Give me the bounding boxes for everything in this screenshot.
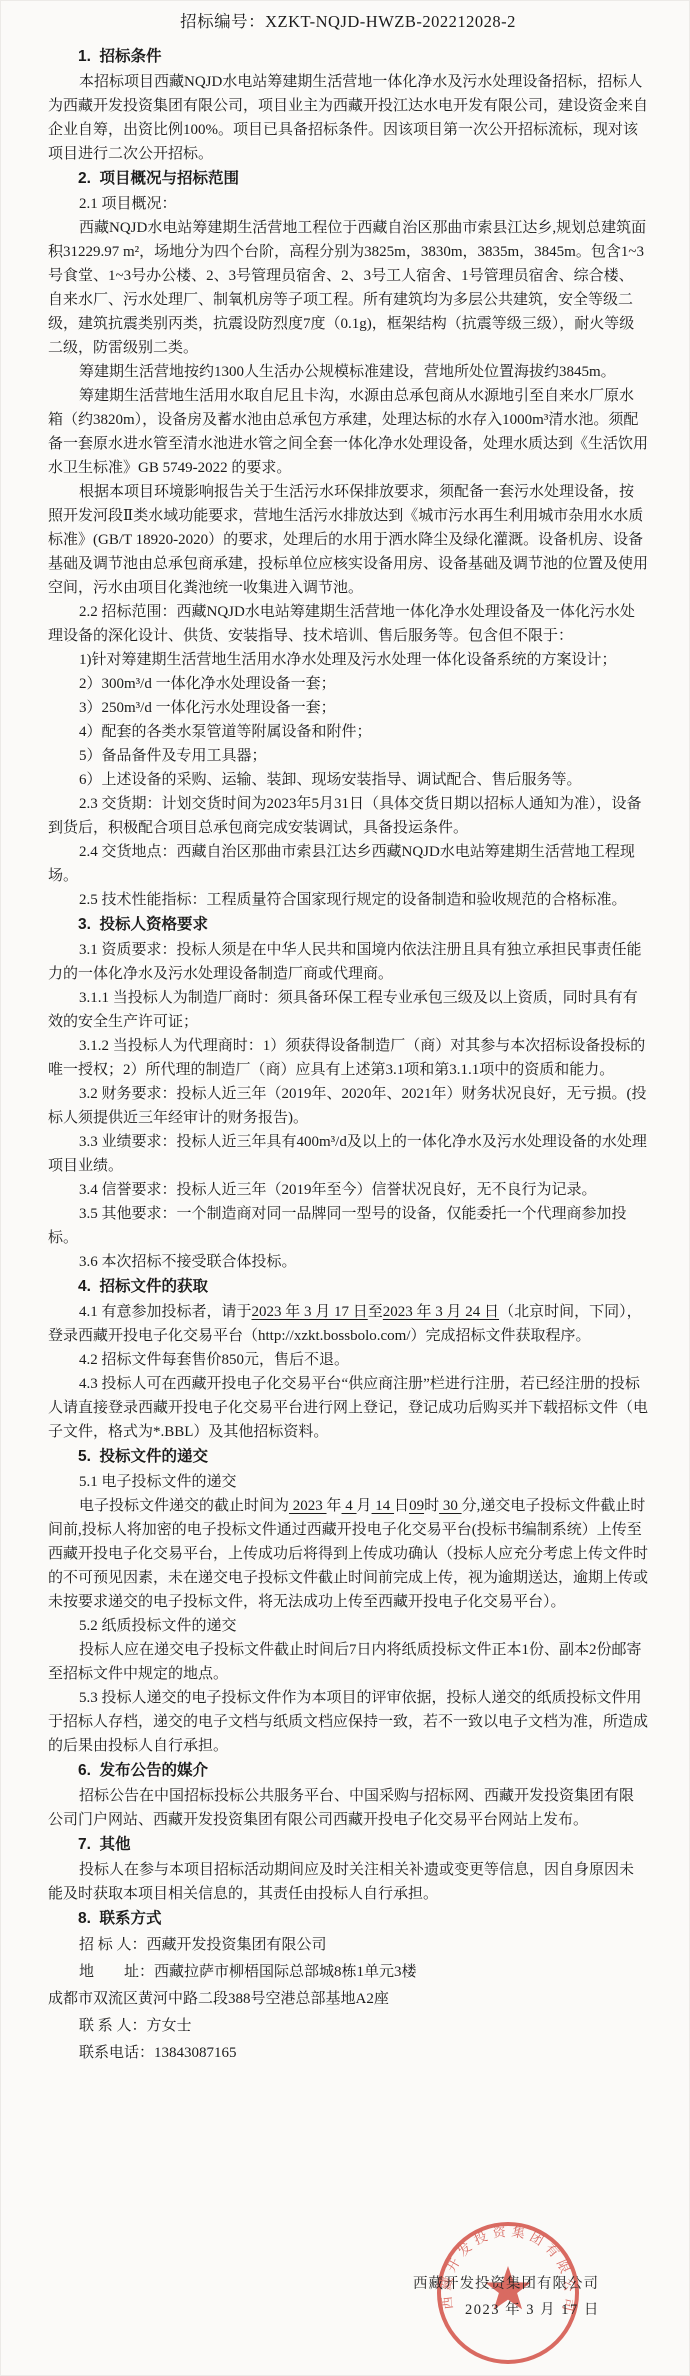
paragraph: 2.5 技术性能指标：工程质量符合国家现行规定的设备制造和验收规范的合格标准。 [48,888,648,912]
paragraph: 3.1.1 当投标人为制造厂商时：须具备环保工程专业承包三级及以上资质，同时具有… [48,986,648,1034]
underlined-text: 2023 年 3 月 17 日 [252,1304,368,1320]
paragraph: 投标人应在递交电子投标文件截止时间后7日内将纸质投标文件正本1份、副本2份邮寄至… [48,1638,648,1686]
seal-graphic: 西藏开发投资集团有限公司 [433,2218,583,2368]
underlined-text: 09 [409,1498,424,1514]
text-run: 月 [357,1498,372,1514]
seal-date-line: 2023 年 3 月 17 日 [465,2298,675,2319]
paragraph: 5.2 纸质投标文件的递交 [48,1614,648,1638]
text-run: 电子投标文件递交的截止时间为 [79,1498,289,1514]
paragraph: 西藏NQJD水电站筹建期生活营地工程位于西藏自治区那曲市索县江达乡,规划总建筑面… [48,216,648,360]
paragraph: 2.3 交货期：计划交货时间为2023年5月31日（具体交货日期以招标人通知为准… [48,792,648,840]
text-run: 年 [327,1498,342,1514]
paragraph: 招标公告在中国招标投标公共服务平台、中国采购与招标网、西藏开发投资集团有限公司门… [48,1784,648,1832]
paragraph: 5.1 电子投标文件的递交 [48,1470,648,1494]
section-heading: 5. 投标文件的递交 [78,1444,648,1470]
section-heading: 7. 其他 [78,1832,648,1858]
section-heading: 1. 招标条件 [78,44,648,70]
paragraph: 1)针对筹建期生活营地生活用水净水处理及污水处理一体化设备系统的方案设计； [48,648,648,672]
paragraph: 3.6 本次招标不接受联合体投标。 [48,1250,648,1274]
text-run: 分,递交电子投标文件截止时间前,投标人将加密的电子投标文件通过西藏开投电子化交易… [48,1498,648,1610]
contact-line: 联 系 人：方女士 [48,2013,648,2040]
document-body: 招标编号：XZKT-NQJD-HWZB-202212028-21. 招标条件本招… [0,0,690,2067]
paragraph: 5）备品备件及专用工具器； [48,744,648,768]
paragraph: 投标人在参与本项目招标活动期间应及时关注相关补遗或变更等信息，因自身原因未能及时… [48,1858,648,1906]
contact-line: 联系电话：13843087165 [48,2040,648,2067]
text-run: 4.1 有意参加投标者，请于 [79,1304,252,1320]
paragraph: 3.2 财务要求：投标人近三年（2019年、2020年、2021年）财务状况良好… [48,1082,648,1130]
official-seal: 西藏开发投资集团有限公司 西藏开发投资集团有限公司 2023 年 3 月 17 … [405,2212,680,2374]
document-page: 招标编号：XZKT-NQJD-HWZB-202212028-21. 招标条件本招… [0,0,690,2376]
section-heading: 4. 招标文件的获取 [78,1274,648,1300]
contact-line: 招 标 人：西藏开发投资集团有限公司 [48,1932,648,1959]
text-run: 日 [394,1498,409,1514]
section-heading: 2. 项目概况与招标范围 [78,166,648,192]
paragraph: 3.4 信誉要求：投标人近三年（2019年至今）信誉状况良好，无不良行为记录。 [48,1178,648,1202]
paragraph: 3.3 业绩要求：投标人近三年具有400m³/d及以上的一体化净水及污水处理设备… [48,1130,648,1178]
paragraph: 4.1 有意参加投标者，请于2023 年 3 月 17 日至2023 年 3 月… [48,1300,648,1348]
paragraph: 筹建期生活营地按约1300人生活办公规模标准建设，营地所处位置海拔约3845m。 [48,360,648,384]
seal-company-line: 西藏开发投资集团有限公司 [413,2272,673,2293]
paragraph: 3）250m³/d 一体化污水处理设备一套； [48,696,648,720]
underlined-text: 2023 年 3 月 24 日 [383,1304,499,1320]
section-heading: 8. 联系方式 [78,1906,648,1932]
paragraph: 2.2 招标范围：西藏NQJD水电站筹建期生活营地一体化净水处理设备及一体化污水… [48,600,648,648]
paragraph: 3.5 其他要求：一个制造商对同一品牌同一型号的设备，仅能委托一个代理商参加投标… [48,1202,648,1250]
paragraph: 2）300m³/d 一体化净水处理设备一套； [48,672,648,696]
text-run: 至 [368,1304,383,1320]
paragraph: 3.1 资质要求：投标人须是在中华人民共和国境内依法注册且具有独立承担民事责任能… [48,938,648,986]
section-heading: 3. 投标人资格要求 [78,912,648,938]
paragraph: 4）配套的各类水泵管道等附属设备和附件； [48,720,648,744]
section-heading: 6. 发布公告的媒介 [78,1758,648,1784]
paragraph: 4.3 投标人可在西藏开投电子化交易平台“供应商注册”栏进行注册，若已经注册的投… [48,1372,648,1444]
paragraph: 本招标项目西藏NQJD水电站筹建期生活营地一体化净水及污水处理设备招标，招标人为… [48,70,648,166]
text-run: 时 [424,1498,439,1514]
paragraph: 2.1 项目概况： [48,192,648,216]
paragraph: 2.4 交货地点：西藏自治区那曲市索县江达乡西藏NQJD水电站筹建期生活营地工程… [48,840,648,888]
paragraph: 3.1.2 当投标人为代理商时：1）须获得设备制造厂（商）对其参与本次招标设备投… [48,1034,648,1082]
underlined-text: 14 [372,1498,395,1514]
contact-line: 地 址：西藏拉萨市柳梧国际总部城8栋1单元3楼 [48,1959,648,1986]
underlined-text: 2023 [289,1498,327,1514]
paragraph: 6）上述设备的采购、运输、装卸、现场安装指导、调试配合、售后服务等。 [48,768,648,792]
paragraph: 5.3 投标人递交的电子投标文件作为本项目的评审依据，投标人递交的纸质投标文件用… [48,1686,648,1758]
underlined-text: 30 [439,1498,462,1514]
paragraph: 筹建期生活营地生活用水取自尼且卡沟，水源由总承包商从水源地引至自来水厂原水箱（约… [48,384,648,480]
paragraph: 电子投标文件递交的截止时间为 2023 年 4 月 14 日09时 30 分,递… [48,1494,648,1614]
doc-title: 招标编号：XZKT-NQJD-HWZB-202212028-2 [48,10,648,34]
paragraph: 4.2 招标文件每套售价850元，售后不退。 [48,1348,648,1372]
contact-line: 成都市双流区黄河中路二段388号空港总部基地A2座 [48,1986,648,2013]
underlined-text: 4 [342,1498,357,1514]
paragraph: 根据本项目环境影响报告关于生活污水环保排放要求，须配备一套污水处理设备，按照开发… [48,480,648,600]
